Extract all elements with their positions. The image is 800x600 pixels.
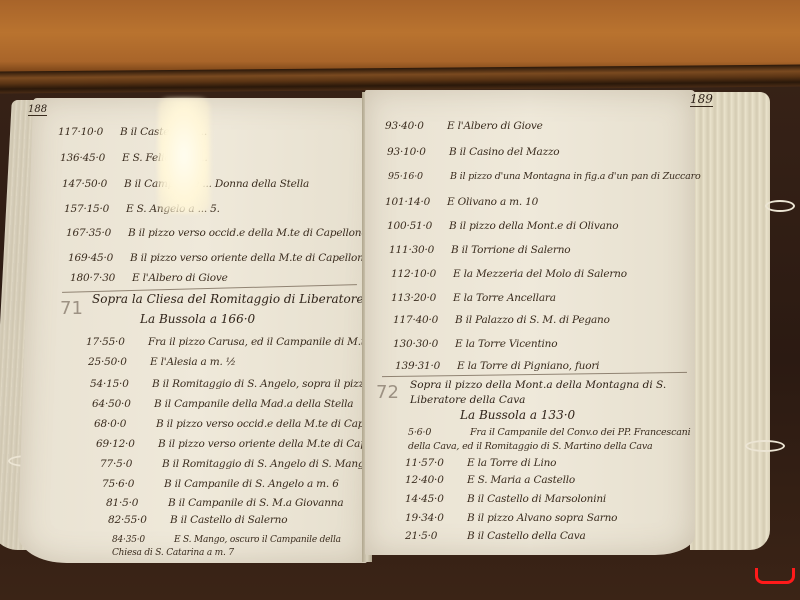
red-corner-bracket [755,568,795,584]
section-heading: Sopra il pizzo della Mont.a della Montag… [410,378,690,408]
entry-line: 25·50·0E l'Alesia a m. ½ [88,356,236,368]
entry-line: 11·57·0E la Torre di Lino [405,457,556,469]
entry-line: 64·50·0B il Campanile della Mad.a della … [92,398,353,410]
entry-line: 93·40·0E l'Albero di Giove [385,120,543,132]
entry-line: 5·6·0Fra il Campanile del Conv.o dei PP.… [408,426,693,454]
manuscript-photo: 188 117·10·0B il Castello di ... 136·45·… [0,0,800,600]
entry-line: 169·45·0B il pizzo verso oriente della M… [68,252,370,264]
entry-line: 111·30·0B il Torrione di Salerno [389,244,570,256]
entry-line: 112·10·0E la Mezzeria del Molo di Salern… [391,268,627,280]
entry-line: 75·6·0B il Campanile di S. Angelo a m. 6 [102,478,339,490]
entry-line: 21·5·0B il Castello della Cava [405,530,586,542]
binding-ribbon-right [745,440,785,452]
entry-line: 100·51·0B il pizzo della Mont.e di Oliva… [387,220,618,232]
light-glare [158,98,210,213]
entry-line: 117·40·0B il Palazzo di S. M. di Pegano [393,314,610,326]
entry-line: 93·10·0B il Casino del Mazzo [387,146,559,158]
entry-line: 69·12·0B il pizzo verso oriente della M.… [96,438,398,450]
binding-ribbon-right-top [765,200,795,212]
entry-line: 180·7·30E l'Albero di Giove [70,272,228,284]
pencil-note: 72 [376,382,399,403]
entry-line: 139·31·0E la Torre di Pigniano, fuori [395,360,599,372]
entry-line: 130·30·0E la Torre Vicentino [393,338,557,350]
entry-line: 68·0·0B il pizzo verso occid.e della M.t… [94,418,395,430]
entry-line: 82·55·0B il Castello di Salerno [108,514,287,526]
entry-line: 81·5·0B il Campanile di S. M.a Giovanna [106,497,343,509]
left-page-number: 188 [28,104,47,116]
entry-line: 101·14·0E Olivano a m. 10 [385,196,538,208]
section-subheading: La Bussola a 133·0 [460,408,575,422]
right-page-stack [690,92,770,550]
section-subheading: La Bussola a 166·0 [140,312,255,326]
entry-line: 113·20·0E la Torre Ancellara [391,292,556,304]
entry-line: 95·16·0B il pizzo d'una Montagna in fig.… [388,171,700,182]
right-page-number: 189 [690,92,713,107]
entry-line: 12·40·0E S. Maria a Castello [405,474,575,486]
pencil-note: 71 [60,298,83,319]
entry-line: 167·35·0B il pizzo verso occid.e della M… [66,227,367,239]
entry-line: 14·45·0B il Castello di Marsolonini [405,493,606,505]
entry-line: 19·34·0B il pizzo Alvano sopra Sarno [405,512,617,524]
entry-line: 84·35·0E S. Mango, oscuro il Campanile d… [112,534,367,560]
entry-line: 77·5·0B il Romitaggio di S. Angelo di S.… [100,458,371,470]
